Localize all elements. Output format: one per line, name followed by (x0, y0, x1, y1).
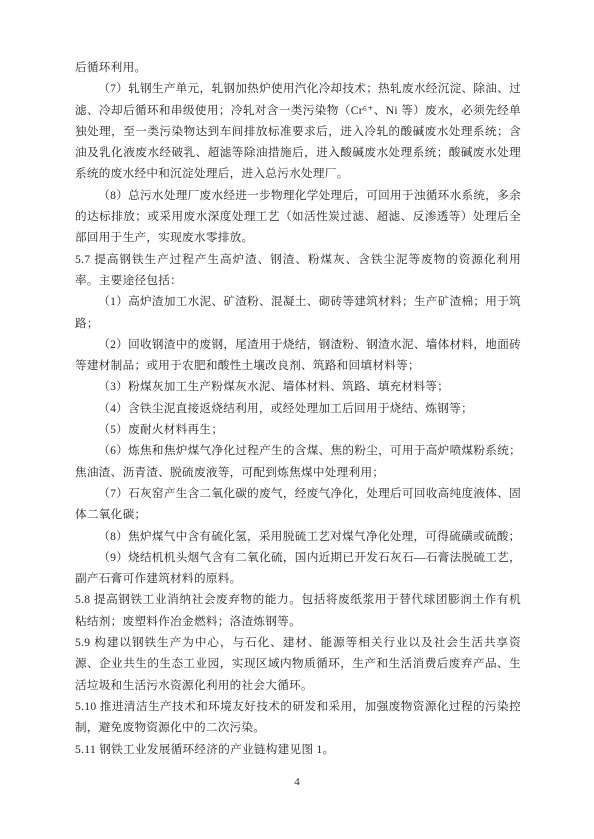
page-number: 4 (0, 775, 594, 789)
clause-5-11: 5.11 钢铁工业发展循环经济的产业链构建见图 1。 (75, 739, 521, 760)
paragraph-item-4-iron-dust: （4）含铁尘泥直接返烧结利用，或经处理加工后回用于烧结、炼钢等； (75, 398, 521, 419)
document-page: 后循环利用。 （7）轧钢生产单元，轧钢加热炉使用汽化冷却技术；热轧废水经沉淀、除… (0, 0, 594, 839)
paragraph-item-9-sintering: （9）烧结机机头烟气含有二氧化硫，国内近期已开发石灰石—石膏法脱硫工艺，副产石膏… (75, 547, 521, 590)
paragraph-item-1-slag: （1）高炉渣加工水泥、矿渣粉、混凝土、砌砖等建筑材料；生产矿渣棉；用于筑路； (75, 291, 521, 334)
clause-5-10: 5.10 推进清洁生产技术和环境友好技术的研发和采用，加强废物资源化过程的污染控… (75, 696, 521, 739)
paragraph-item-5-refractory: （5）废耐火材料再生； (75, 419, 521, 440)
paragraph-item-7-rolling: （7）轧钢生产单元，轧钢加热炉使用汽化冷却技术；热轧废水经沉淀、除油、过滤、冷却… (75, 78, 521, 184)
paragraph-item-8-gas: （8）焦炉煤气中含有硫化氢，采用脱硫工艺对煤气净化处理，可得硫磺或硫酸； (75, 526, 521, 547)
clause-5-9: 5.9 构建以钢铁生产为中心，与石化、建材、能源等相关行业以及社会生活共享资源、… (75, 632, 521, 696)
paragraph-item-8-sewage: （8）总污水处理厂废水经进一步物理化学处理后，可回用于浊循环水系统，多余的达标排… (75, 185, 521, 249)
paragraph-item-6-coking: （6）炼焦和焦炉煤气净化过程产生的含煤、焦的粉尘，可用于高炉喷煤粉系统；焦油渣、… (75, 440, 521, 483)
clause-5-8: 5.8 提高钢铁工业消纳社会废弃物的能力。包括将废纸浆用于替代球团膨润土作有机粘… (75, 589, 521, 632)
paragraph-item-7-lime-kiln: （7）石灰窑产生含二氧化碳的废气，经废气净化，处理后可回收高纯度液体、固体二氧化… (75, 483, 521, 526)
paragraph-item-3-fly-ash: （3）粉煤灰加工生产粉煤灰水泥、墙体材料、筑路、填充材料等； (75, 376, 521, 397)
clause-5-7: 5.7 提高钢铁生产过程产生高炉渣、钢渣、粉煤灰、含铁尘泥等废物的资源化利用率。… (75, 249, 521, 292)
paragraph-continuation: 后循环利用。 (75, 57, 521, 78)
paragraph-item-2-steel-slag: （2）回收钢渣中的废钢，尾渣用于烧结，钢渣粉、钢渣水泥、墙体材料，地面砖等建材制… (75, 334, 521, 377)
document-body: 后循环利用。 （7）轧钢生产单元，轧钢加热炉使用汽化冷却技术；热轧废水经沉淀、除… (75, 57, 521, 760)
